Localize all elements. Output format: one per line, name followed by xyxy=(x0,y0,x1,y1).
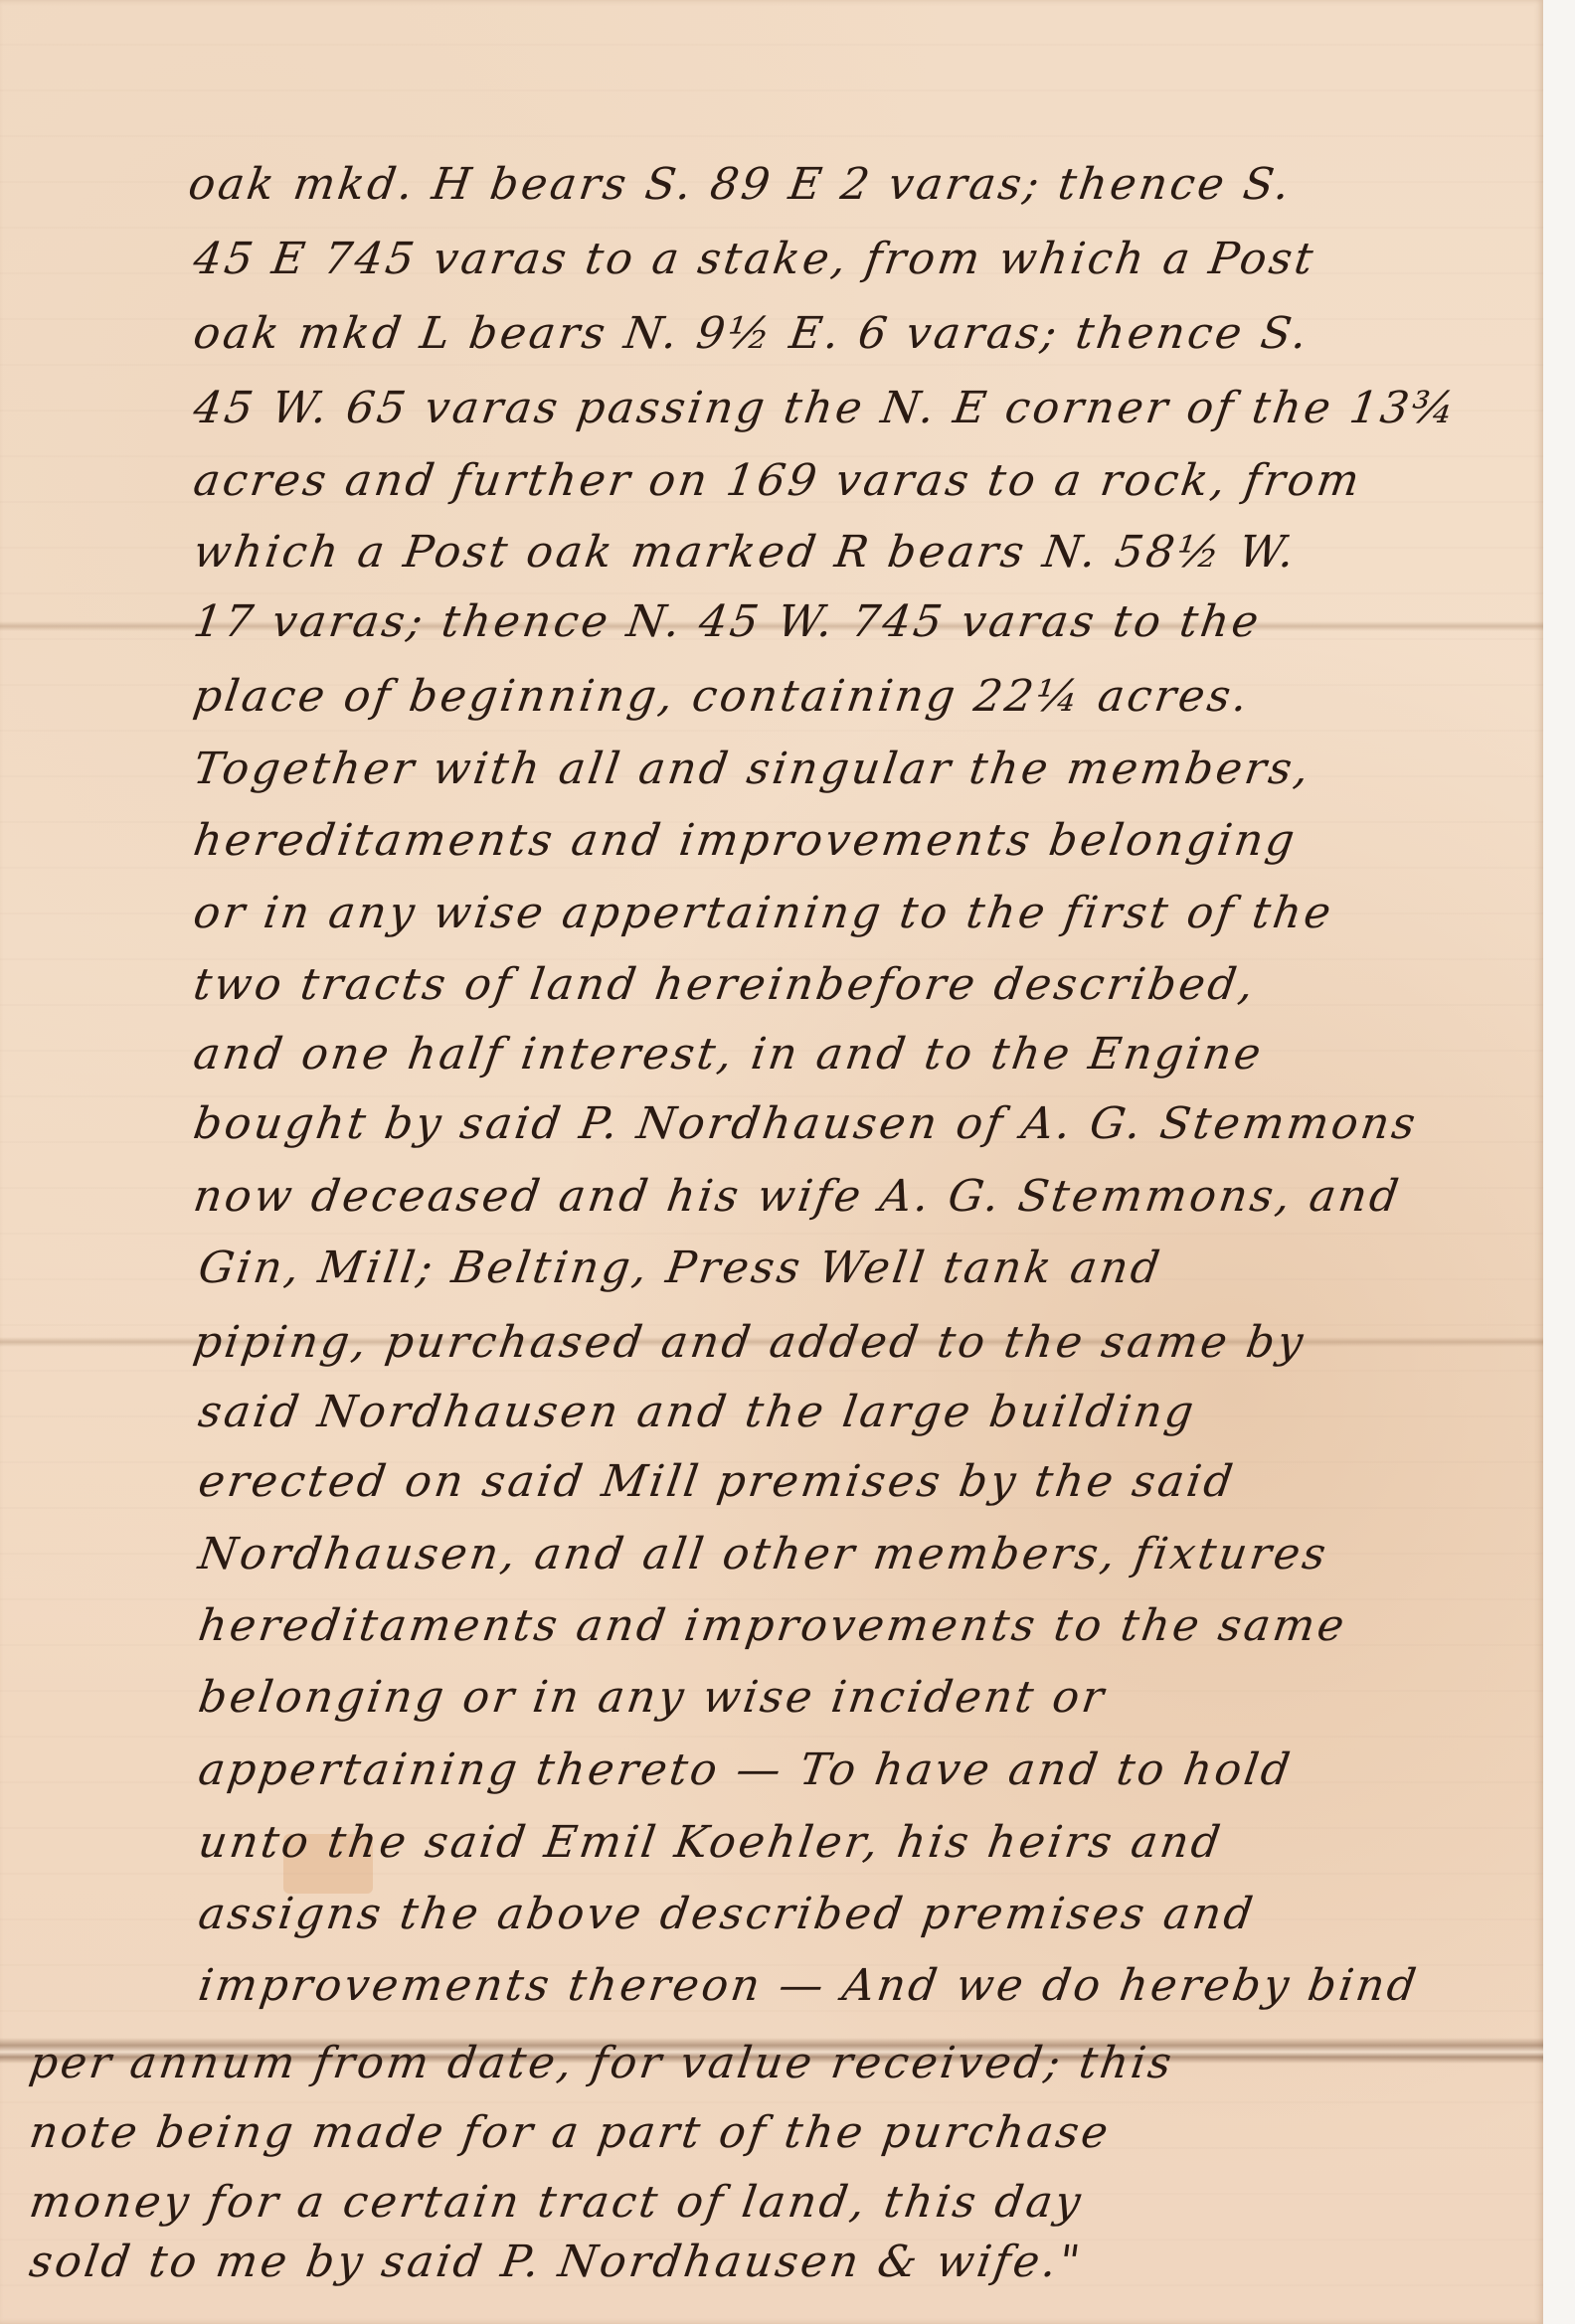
handwritten-line: money for a certain tract of land, this … xyxy=(26,2177,1086,2228)
handwritten-line: belonging or in any wise incident or xyxy=(195,1672,1110,1723)
document-page: oak mkd. H bears S. 89 E 2 varas; thence… xyxy=(0,0,1543,2324)
handwritten-line: appertaining thereto — To have and to ho… xyxy=(195,1744,1296,1795)
handwritten-line: unto the said Emil Koehler, his heirs an… xyxy=(195,1817,1226,1868)
handwritten-line: acres and further on 169 varas to a rock… xyxy=(190,455,1365,506)
handwritten-line: Together with all and singular the membe… xyxy=(190,744,1314,794)
handwritten-line: oak mkd. H bears S. 89 E 2 varas; thence… xyxy=(185,159,1295,210)
handwritten-line: said Nordhausen and the large building xyxy=(195,1387,1199,1437)
handwritten-line: oak mkd L bears N. 9½ E. 6 varas; thence… xyxy=(190,308,1312,359)
handwritten-line: erected on said Mill premises by the sai… xyxy=(195,1456,1238,1507)
handwritten-line: hereditaments and improvements belonging xyxy=(190,815,1300,866)
handwritten-line: 45 W. 65 varas passing the N. E corner o… xyxy=(190,383,1460,433)
handwritten-line: improvements thereon — And we do hereby … xyxy=(195,1960,1422,2011)
handwritten-line: which a Post oak marked R bears N. 58½ W… xyxy=(190,527,1300,578)
handwritten-line: per annum from date, for value received;… xyxy=(26,2038,1177,2088)
handwritten-line: now deceased and his wife A. G. Stemmons… xyxy=(190,1171,1404,1222)
handwritten-line: note being made for a part of the purcha… xyxy=(26,2107,1114,2158)
handwritten-line: bought by said P. Nordhausen of A. G. St… xyxy=(190,1098,1421,1149)
handwritten-line: or in any wise appertaining to the first… xyxy=(190,888,1336,938)
handwritten-line: and one half interest, in and to the Eng… xyxy=(190,1029,1266,1079)
handwritten-line: assigns the above described premises and xyxy=(195,1889,1258,1939)
handwritten-line: Nordhausen, and all other members, fixtu… xyxy=(195,1529,1331,1579)
handwritten-line: place of beginning, containing 22¼ acres… xyxy=(190,671,1253,722)
handwritten-line: 17 varas; thence N. 45 W. 745 varas to t… xyxy=(190,596,1264,647)
handwritten-line: two tracts of land hereinbefore describe… xyxy=(190,959,1259,1010)
handwritten-line: Gin, Mill; Belting, Press Well tank and xyxy=(195,1243,1165,1293)
handwritten-line: 45 E 745 varas to a stake, from which a … xyxy=(190,234,1318,284)
handwritten-line: sold to me by said P. Nordhausen & wife.… xyxy=(26,2237,1086,2287)
handwritten-line: hereditaments and improvements to the sa… xyxy=(195,1600,1349,1651)
handwritten-line: piping, purchased and added to the same … xyxy=(190,1317,1309,1368)
